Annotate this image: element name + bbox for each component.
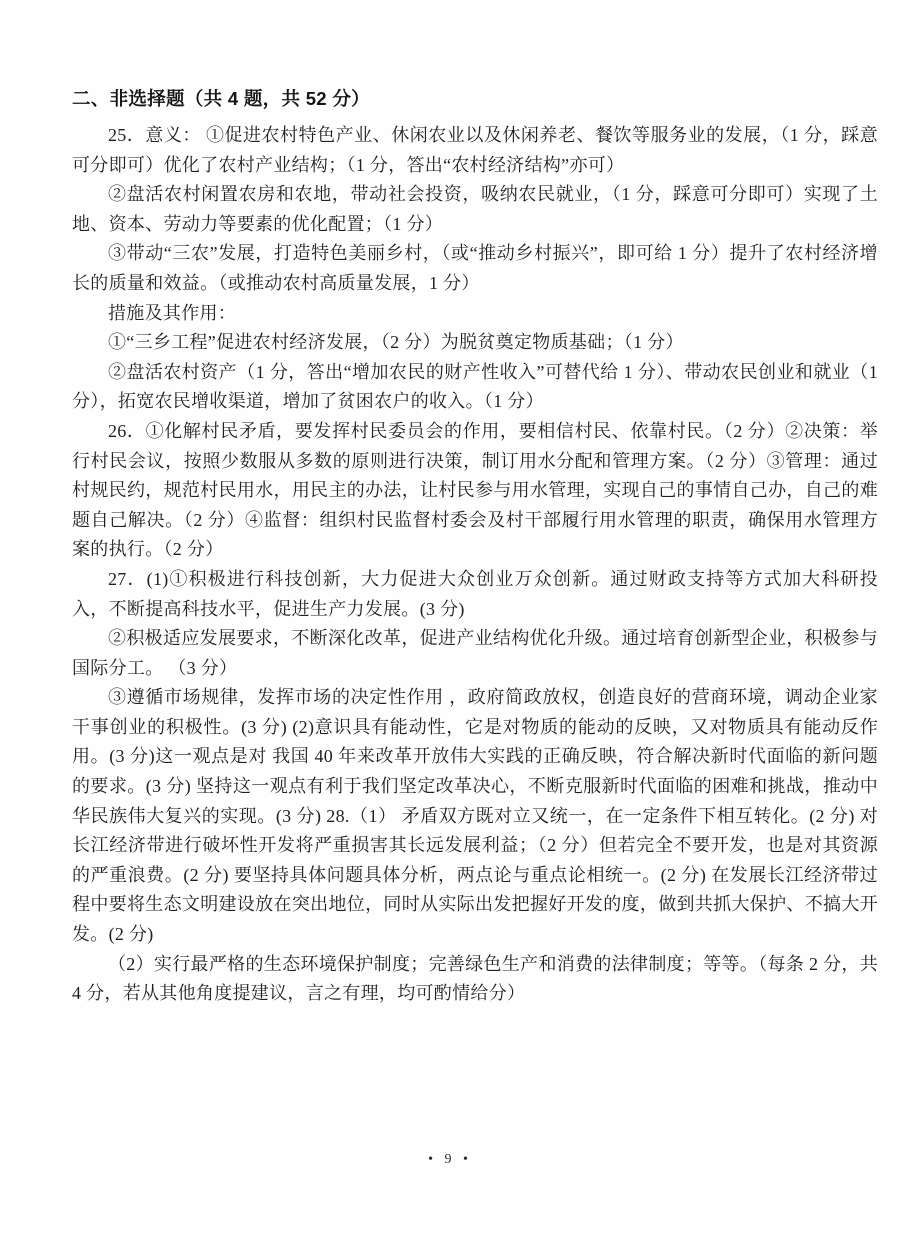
scanned-answer-page: 二、非选择题（共 4 题，共 52 分） 25．意义： ①促进农村特色产业、休闲… — [0, 0, 900, 1246]
paragraph-q27-part1-point1: 27．(1)①积极进行科技创新，大力促进大众创业万众创新。通过财政支持等方式加大… — [72, 565, 878, 624]
section-heading: 二、非选择题（共 4 题，共 52 分） — [72, 84, 878, 114]
paragraph-q25-measures-label: 措施及其作用： — [72, 299, 878, 329]
paragraph-q27-part1-point2: ②积极适应发展要求，不断深化改革，促进产业结构优化升级。通过培育创新型企业，积极… — [72, 624, 878, 683]
paragraph-q26-answer: 26．①化解村民矛盾，要发挥村民委员会的作用，要相信村民、依靠村民。（2 分）②… — [72, 417, 878, 565]
paragraph-q25-meaning-1: 25．意义： ①促进农村特色产业、休闲农业以及休闲养老、餐饮等服务业的发展，（1… — [72, 121, 878, 180]
page-number: • 9 • — [0, 1152, 900, 1168]
answer-content: 二、非选择题（共 4 题，共 52 分） 25．意义： ①促进农村特色产业、休闲… — [72, 84, 878, 1009]
paragraph-q25-measure-1: ①“三乡工程”促进农村经济发展，（2 分）为脱贫奠定物质基础；（1 分） — [72, 328, 878, 358]
paragraph-q25-meaning-3: ③带动“三农”发展，打造特色美丽乡村，（或“推动乡村振兴”，即可给 1 分）提升… — [72, 239, 878, 298]
paragraph-q25-measure-2: ②盘活农村资产（1 分，答出“增加农民的财产性收入”可替代给 1 分）、带动农民… — [72, 358, 878, 417]
paragraph-q27-q28-answer: ③遵循市场规律，发挥市场的决定性作用 ，政府简政放权，创造良好的营商环境，调动企… — [72, 683, 878, 949]
paragraph-q25-meaning-2: ②盘活农村闲置农房和农地，带动社会投资，吸纳农民就业，（1 分，踩意可分即可）实… — [72, 180, 878, 239]
paragraph-q28-part2-answer: （2）实行最严格的生态环境保护制度；完善绿色生产和消费的法律制度；等等。（每条 … — [72, 950, 878, 1009]
